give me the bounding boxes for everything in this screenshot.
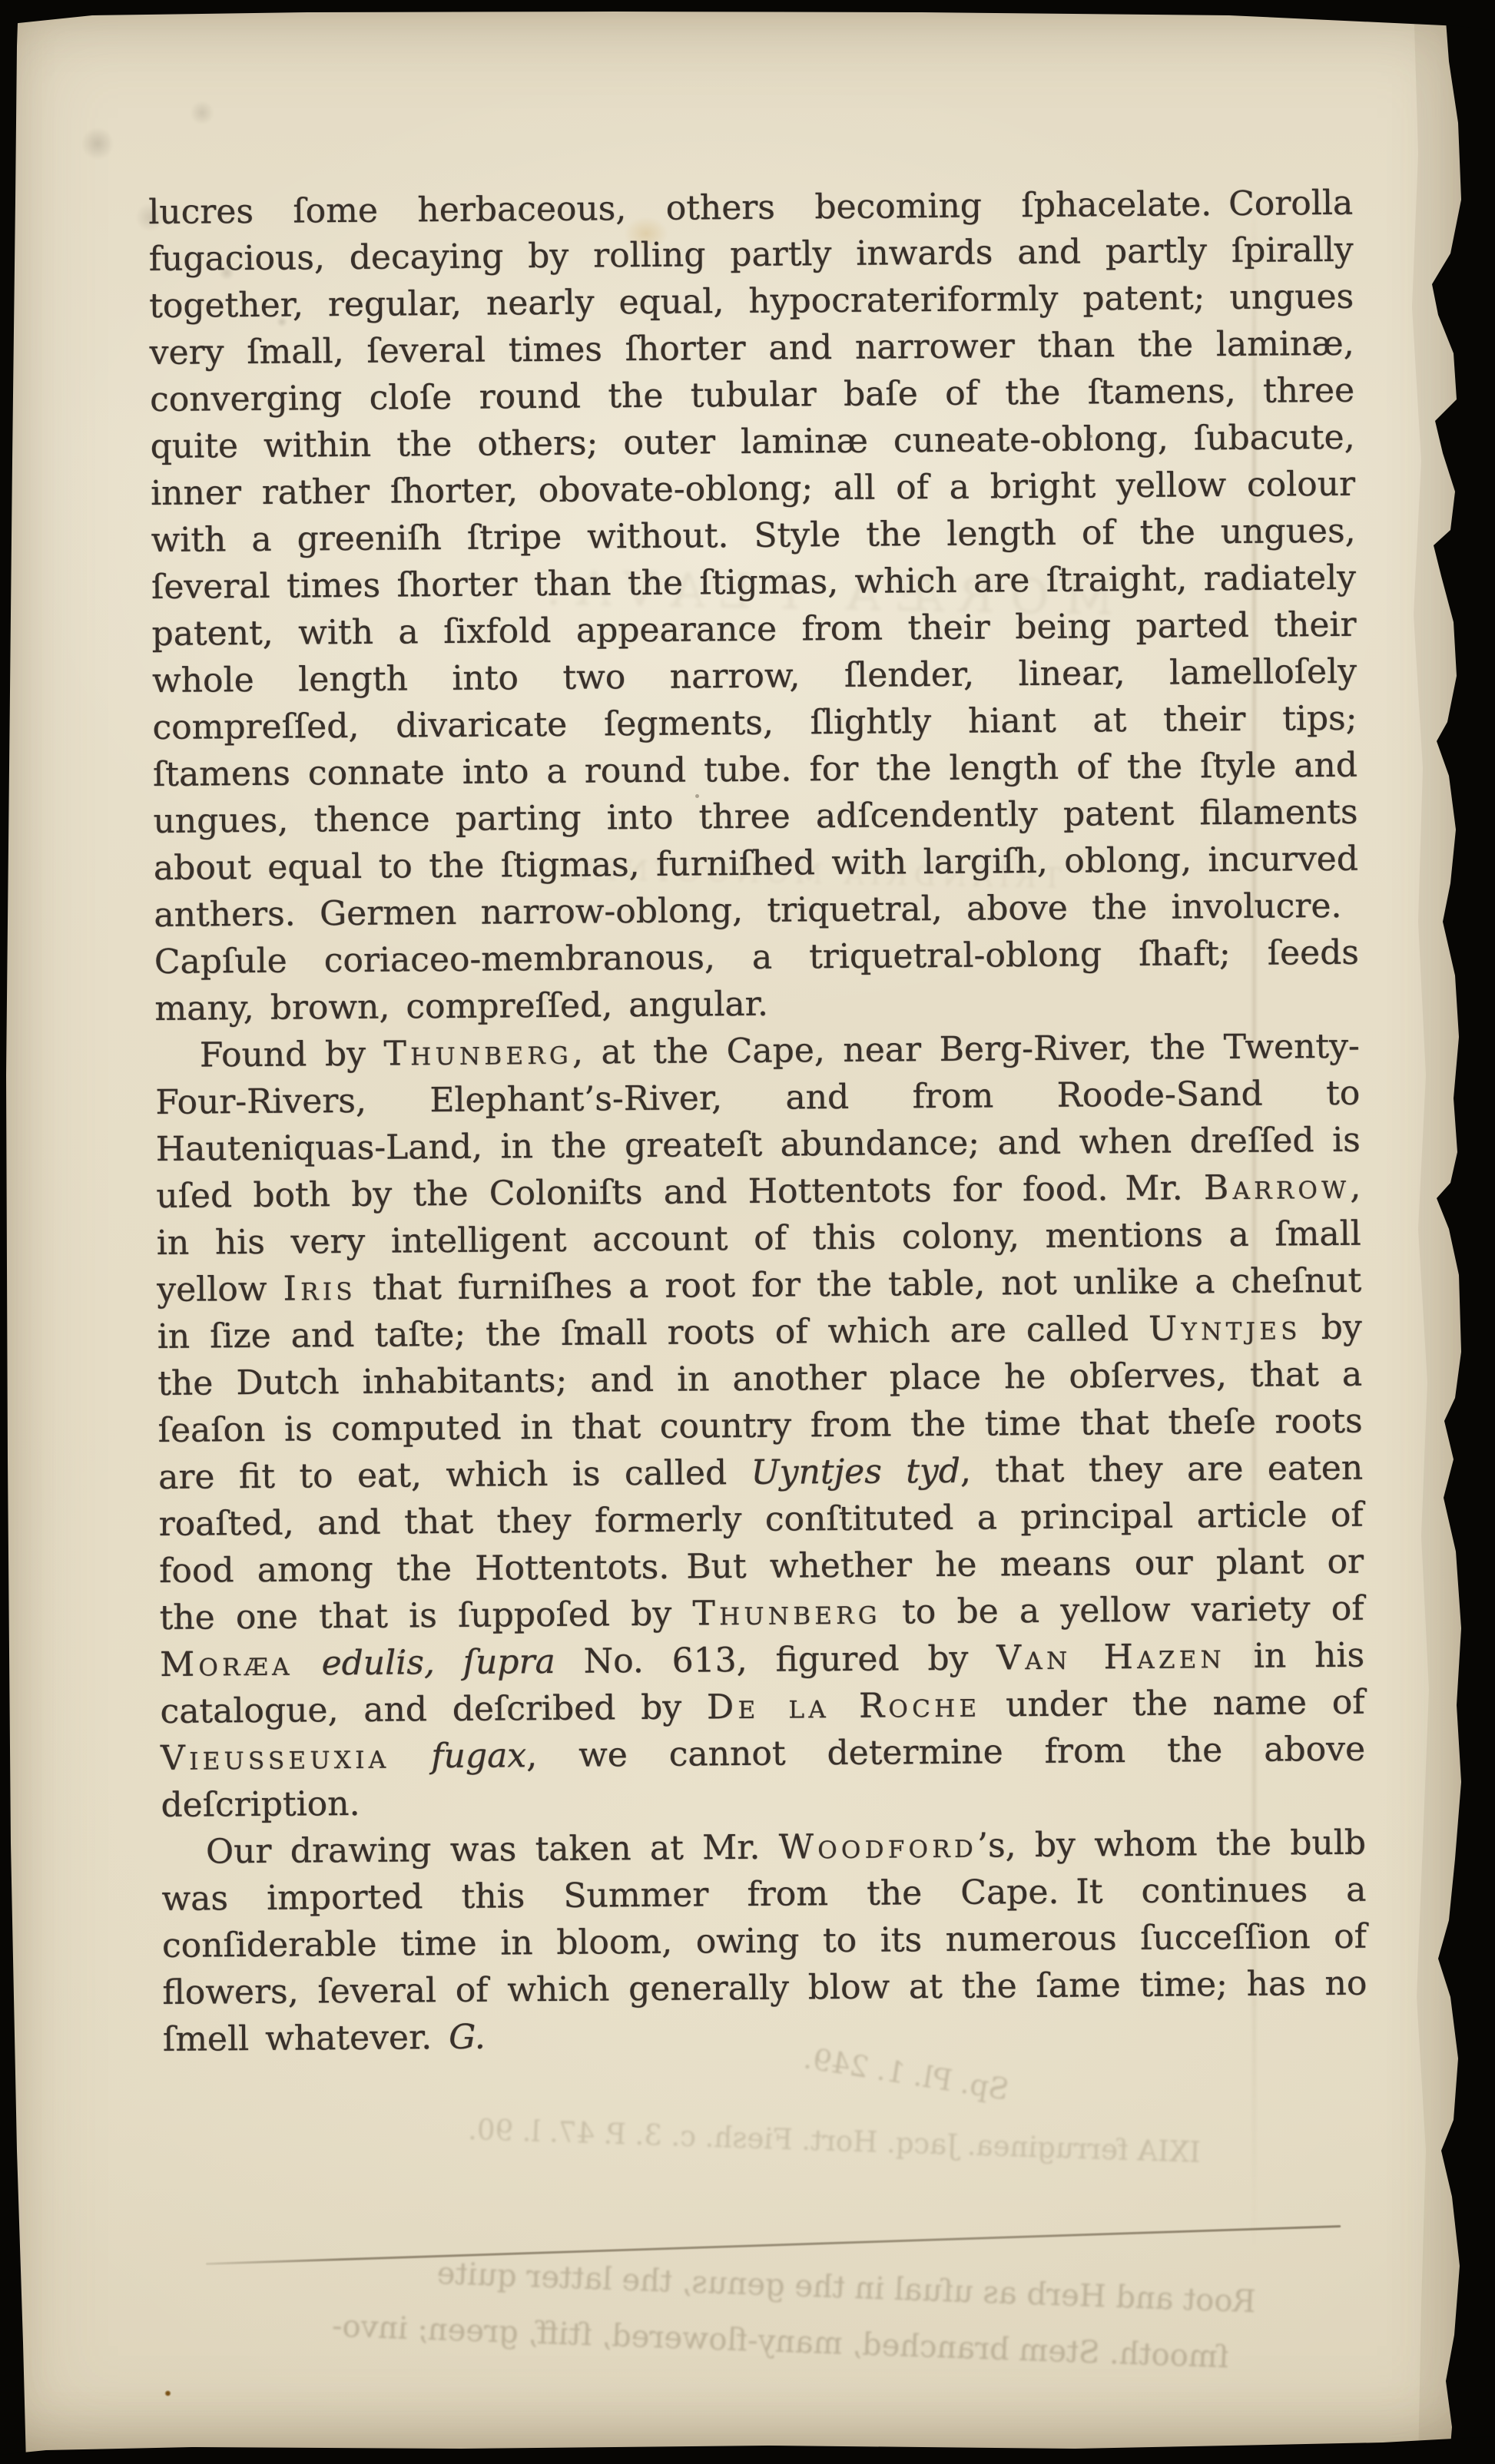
text-run: Vieusseuxia: [161, 1737, 390, 1778]
text-run: fugax: [431, 1736, 526, 1776]
text-run: Thunberg: [383, 1033, 572, 1074]
text-run: Iris: [283, 1269, 356, 1309]
text-run: Uyntjes: [1149, 1308, 1301, 1349]
text-run: edulis, ſupra: [321, 1642, 555, 1683]
text-run: De la Roche: [707, 1686, 981, 1727]
text-run: Barrow: [1204, 1167, 1351, 1207]
text-run: Woodford: [779, 1826, 978, 1867]
paragraph-drawing-note: Our drawing was taken at Mr. Woodford’s,…: [161, 1820, 1367, 2063]
paragraph-habitat: Found by Thunberg, at the Cape, near Ber…: [155, 1023, 1366, 1829]
text-run: [293, 1644, 322, 1683]
paragraph-description: lucres ſome herbaceous, others becoming …: [148, 180, 1360, 1032]
brown-speck: [164, 2390, 171, 2396]
text-run: Moræa: [160, 1644, 293, 1684]
text-run: Thunberg: [692, 1593, 881, 1634]
text-run: lucres ſome herbaceous, others becoming …: [148, 184, 1359, 1028]
text-column: lucres ſome herbaceous, others becoming …: [148, 180, 1367, 2063]
text-run: Uyntjes tyd: [751, 1452, 960, 1492]
text-run: under the name of: [980, 1683, 1365, 1725]
text-run: Found by: [200, 1035, 384, 1075]
scanned-book-page: { "scan": { "paper_color": "#e6ddc6", "i…: [0, 0, 1495, 2464]
text-run: [389, 1737, 431, 1776]
text-run: No. 613, figured by: [555, 1638, 997, 1681]
text-run: Van Hazen: [996, 1637, 1225, 1677]
text-run: Our drawing was taken at Mr.: [206, 1828, 779, 1872]
text-run: to be a yellow variety of: [881, 1589, 1364, 1632]
text-run: G.: [449, 2018, 486, 2057]
